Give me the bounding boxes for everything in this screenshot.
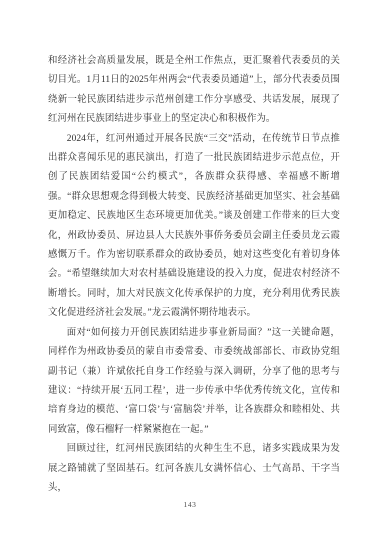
paragraph-proposal: 面对“如何接力开创民族团结进步事业新局面？”这一关键命题，同样作为州政协委员的蒙… [48,324,340,440]
page-body: 和经济社会高质量发展，既是全州工作焦点，更汇聚着代表委员的关切目光。1月11日的… [48,52,340,498]
paragraph-continuation: 和经济社会高质量发展，既是全州工作焦点，更汇聚着代表委员的关切目光。1月11日的… [48,52,340,130]
paragraph-2024-activities: 2024年，红河州通过开展各民族“三交”活动，在传统节日节点推出群众喜闻乐见的惠… [48,130,340,324]
page-number: 143 [0,500,380,510]
paragraph-closing: 回顾过往，红河州民族团结的火种生生不息，诸多实践成果为发展之路铺就了坚固基石。红… [48,440,340,498]
document-page: 和经济社会高质量发展，既是全州工作焦点，更汇聚着代表委员的关切目光。1月11日的… [0,0,380,537]
